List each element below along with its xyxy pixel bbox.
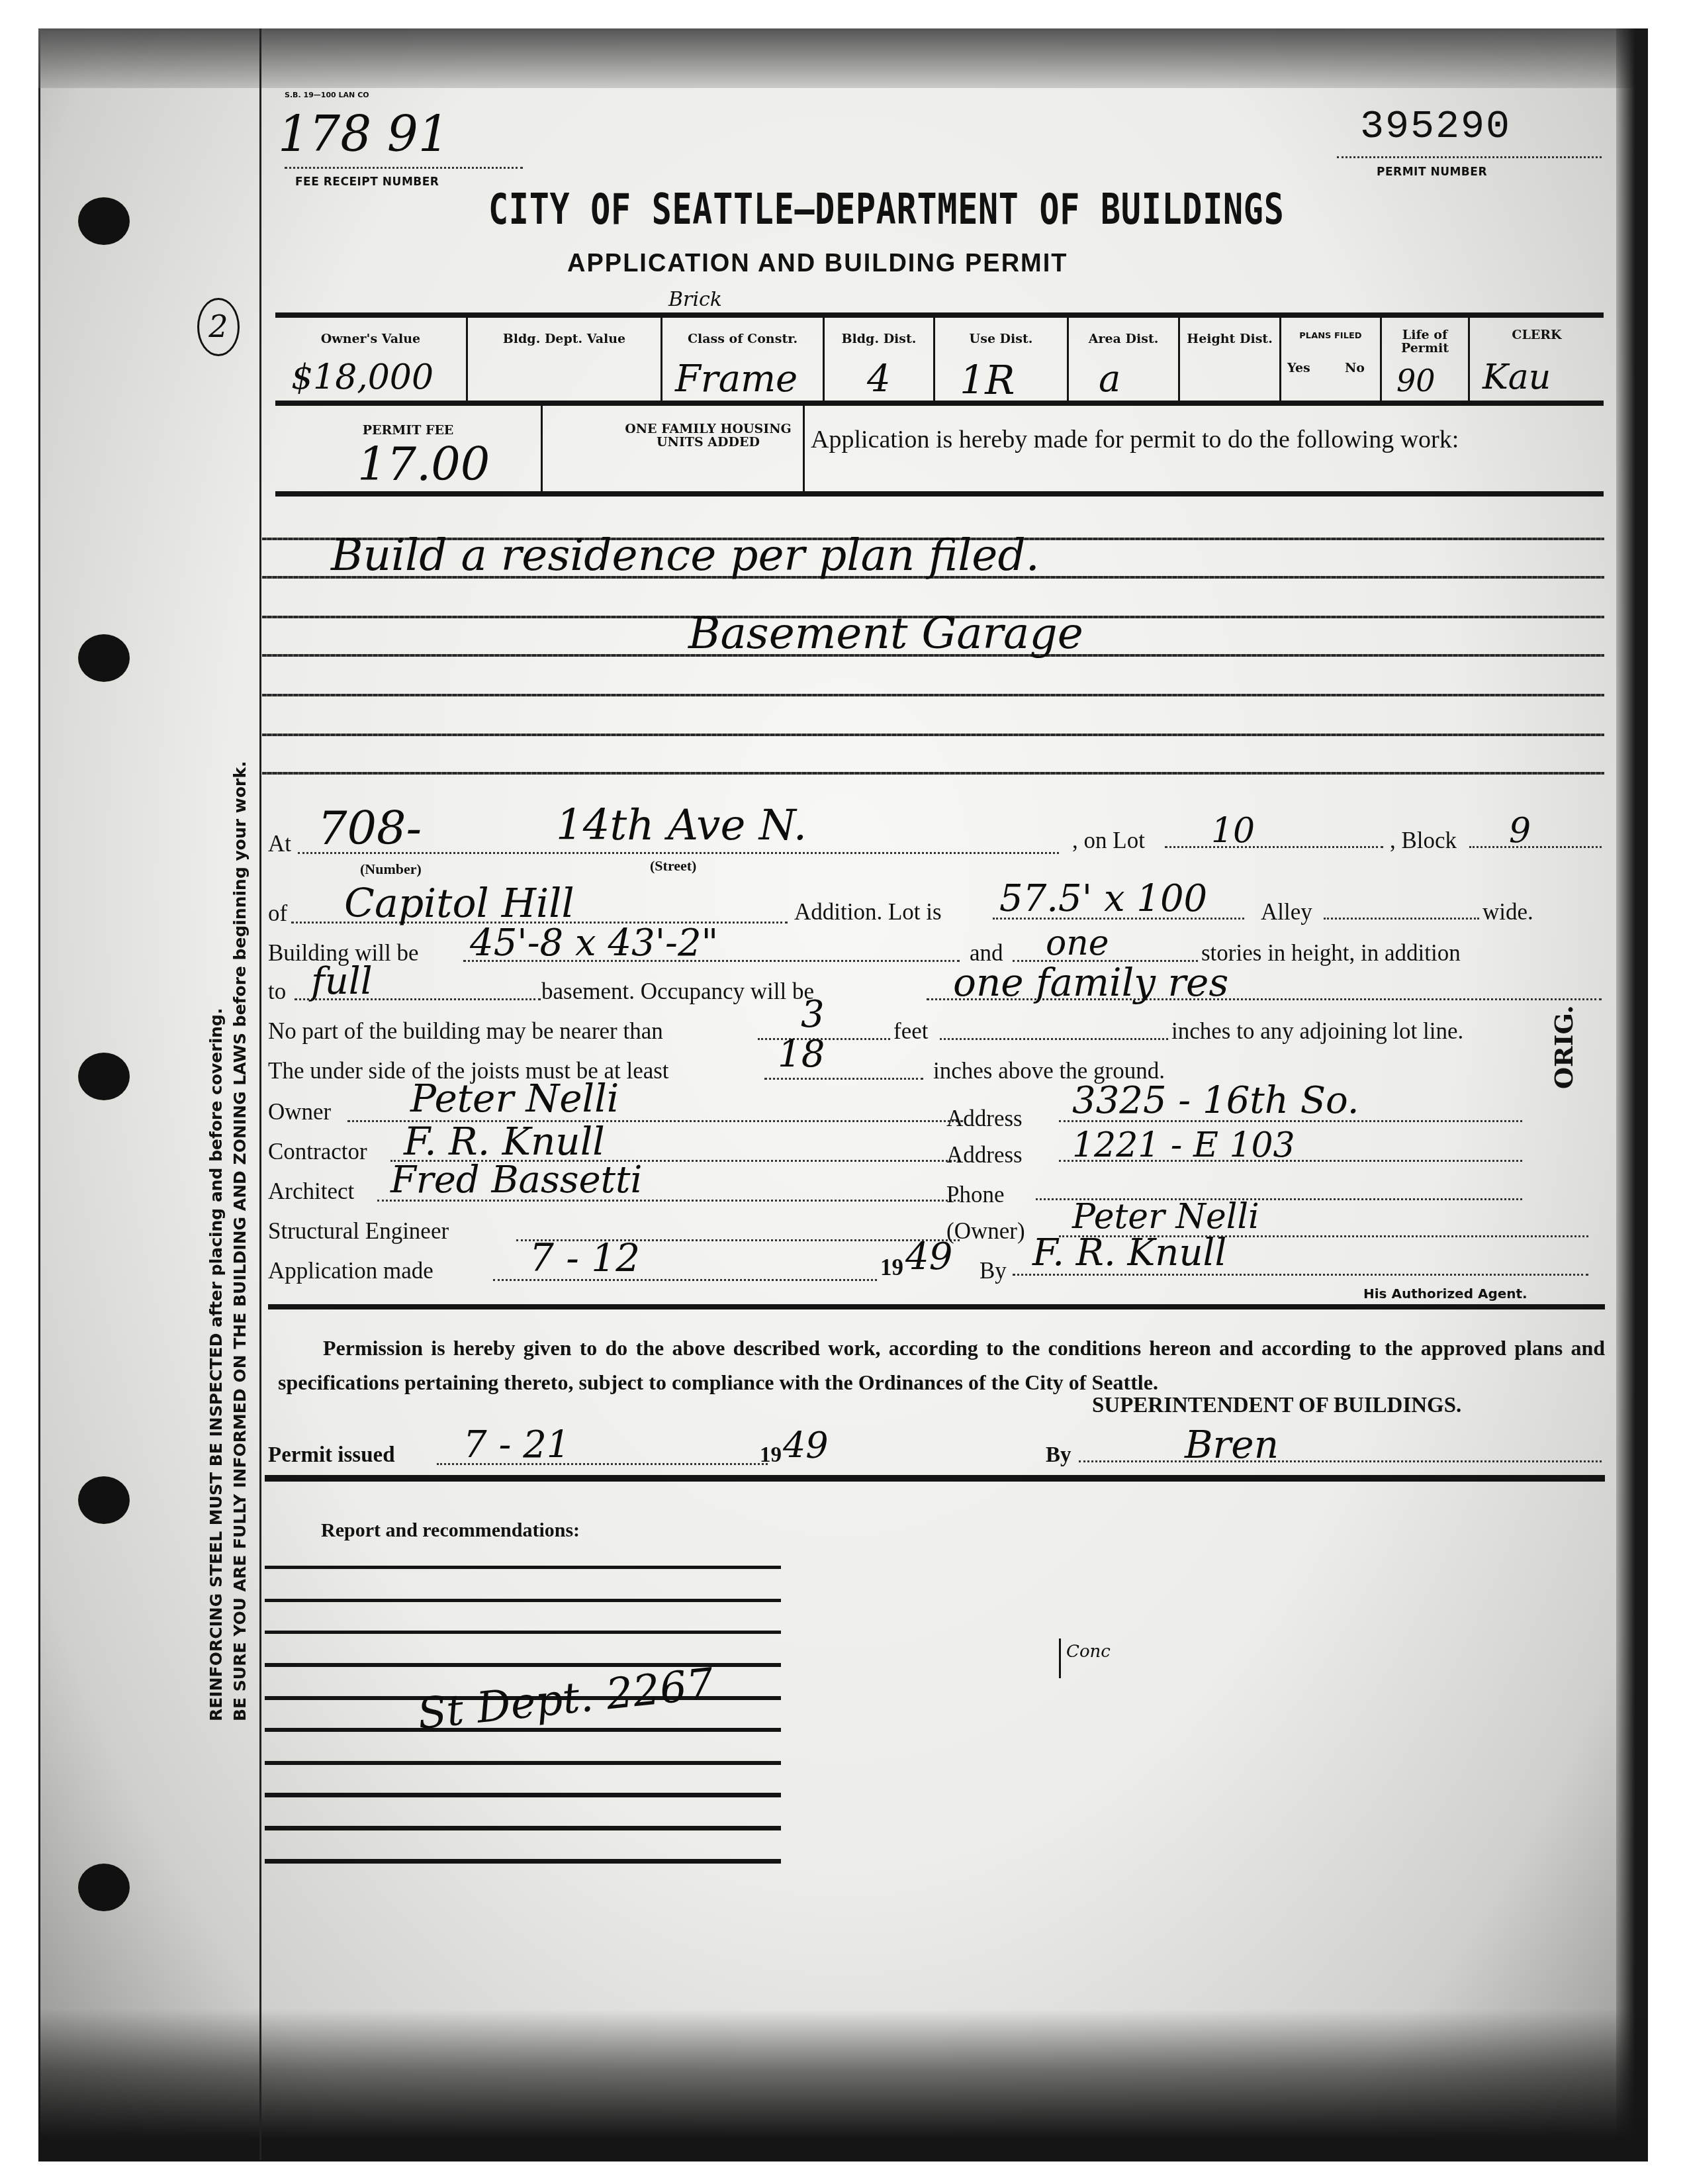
report-line (265, 1566, 781, 1569)
col-bldg-dept-value-label: Bldg. Dept. Value (468, 332, 661, 346)
col-area-dist-label: Area Dist. (1069, 332, 1178, 346)
lot-line (1165, 846, 1383, 848)
report-line (265, 1599, 781, 1602)
lot-size: 57.5' x 100 (999, 877, 1207, 920)
col-life-of-permit-label: Life of Permit (1382, 328, 1468, 355)
page-subtitle: APPLICATION AND BUILDING PERMIT (567, 250, 1068, 278)
block-line (1469, 846, 1602, 848)
orig-label: ORIG. (1549, 1005, 1578, 1089)
architect-label: Architect (268, 1178, 354, 1205)
block-number: 9 (1509, 811, 1531, 851)
punch-hole-icon (78, 197, 130, 245)
owner-address-label: Address (946, 1106, 1023, 1132)
engineer-label: Structural Engineer (268, 1218, 449, 1245)
contractor-label: Contractor (268, 1139, 367, 1165)
agent-caption: His Authorized Agent. (1363, 1286, 1527, 1302)
application-year: 49 (905, 1235, 952, 1278)
fee-receipt-number: 178 91 (278, 106, 449, 163)
setback-label: No part of the building may be nearer th… (268, 1018, 663, 1045)
contractor-name: F. R. Knull (404, 1119, 605, 1164)
side-mark: Conc (1059, 1638, 1111, 1678)
use-dist: 1R (960, 357, 1015, 404)
application-date: 7 - 12 (529, 1235, 640, 1280)
to-label: to (268, 978, 286, 1005)
contractor-address-label: Address (946, 1142, 1023, 1168)
col-use-dist-label: Use Dist. (935, 332, 1067, 346)
superintendent-signature: Bren (1185, 1422, 1279, 1467)
stories: one (1046, 924, 1109, 963)
col-clerk-label: CLERK (1470, 328, 1604, 342)
col-plans-filed-label: PLANS FILED (1281, 331, 1380, 341)
punch-hole-icon (78, 1476, 130, 1524)
application-made-label: Application made (268, 1258, 433, 1284)
occupancy: one family res (953, 960, 1228, 1005)
section-rule (265, 1475, 1605, 1482)
permit-number-line (1337, 156, 1602, 158)
col-class-of-constr-label: Class of Constr. (662, 332, 823, 346)
owners-value: $18,000 (291, 357, 433, 397)
page-title: CITY OF SEATTLE—DEPARTMENT OF BUILDINGS (488, 185, 1285, 234)
block-label: , Block (1390, 828, 1457, 854)
owner-label: Owner (268, 1099, 331, 1125)
life-of-permit: 90 (1396, 363, 1436, 399)
punch-hole-icon (78, 1864, 130, 1911)
basement-label: basement. Occupancy will be (541, 978, 814, 1005)
ruled-line (262, 734, 1604, 736)
addition-label: Addition. Lot is (794, 899, 942, 926)
punch-hole-icon (78, 1053, 130, 1100)
application-statement: Application is hereby made for permit to… (811, 425, 1459, 454)
inches-label: inches to any adjoining lot line. (1171, 1018, 1463, 1045)
wide-label: wide. (1482, 899, 1533, 926)
permit-fee-label: PERMIT FEE (275, 424, 541, 437)
building-dimensions: 45'-8 x 43'-2" (470, 922, 718, 965)
setback-feet: 3 (801, 993, 825, 1036)
fee-receipt-line (285, 167, 523, 169)
of-label: of (268, 900, 287, 927)
class-of-constr: Frame (675, 357, 798, 401)
fee-receipt-label: FEE RECEIPT NUMBER (295, 175, 439, 189)
table-top-rule (275, 312, 1604, 318)
number-caption: (Number) (360, 861, 422, 878)
plans-filed-yes: Yes (1287, 361, 1310, 375)
issued-year-prefix: 19 (760, 1443, 782, 1468)
work-description-line-2: Basement Garage (688, 608, 1083, 659)
report-line (265, 1793, 781, 1797)
stories-label: stories in height, in addition (1201, 940, 1461, 967)
margin-rule (259, 28, 261, 2160)
bldg-dist: 4 (867, 357, 891, 401)
ruled-line (262, 772, 1604, 775)
permit-fee: 17.00 (357, 437, 490, 491)
clerk: Kau (1482, 357, 1551, 397)
setback-inches-line (940, 1038, 1168, 1040)
area-dist: a (1099, 357, 1120, 401)
owner-address: 3325 - 16th So. (1072, 1079, 1359, 1122)
permit-number: 395290 (1360, 105, 1511, 150)
col-owners-value-label: Owner's Value (275, 332, 466, 346)
alley-line (1324, 918, 1479, 920)
at-label: At (268, 831, 291, 857)
form-code: S.B. 19—100 LAN CO (285, 91, 369, 99)
addition-name: Capitol Hill (344, 880, 574, 927)
scan-shadow-top (38, 28, 1648, 88)
col-bldg-dist-label: Bldg. Dist. (825, 332, 933, 346)
work-description-line-1: Build a residence per plan filed. (331, 530, 1040, 581)
architect-name: Fred Bassetti (390, 1159, 643, 1202)
basement-type: full (311, 960, 373, 1003)
street-name: 14th Ave N. (556, 801, 807, 850)
report-line (265, 1631, 781, 1634)
permit-issued-year: 49 (783, 1425, 829, 1466)
owner-signature-label: (Owner) (946, 1218, 1025, 1245)
table-mid-rule (275, 401, 1604, 406)
report-line (265, 1826, 781, 1830)
table-bottom-rule (275, 491, 1604, 497)
agent-signature: F. R. Knull (1032, 1231, 1226, 1274)
scan-shadow-right (1616, 28, 1648, 2161)
permit-issued-label: Permit issued (268, 1443, 395, 1468)
by-label: By (980, 1258, 1007, 1284)
punch-hole-icon (78, 634, 130, 682)
phone-label: Phone (946, 1182, 1005, 1208)
contractor-address: 1221 - E 103 (1072, 1125, 1295, 1165)
superintendent-label: SUPERINTENDENT OF BUILDINGS. (1092, 1394, 1461, 1418)
section-rule (268, 1304, 1605, 1309)
margin-warning-zoning: BE SURE YOU ARE FULLY INFORMED ON THE BU… (230, 761, 250, 1721)
street-number: 708- (318, 801, 422, 855)
report-line (265, 1761, 781, 1765)
alley-label: Alley (1261, 899, 1312, 926)
report-line (265, 1859, 781, 1864)
report-label: Report and recommendations: (321, 1519, 580, 1542)
permission-text: Permission is hereby given to do the abo… (278, 1331, 1605, 1400)
feet-label: feet (893, 1018, 928, 1045)
ruled-line (262, 694, 1604, 696)
street-caption: (Street) (650, 857, 696, 875)
owner-name: Peter Nelli (410, 1076, 619, 1121)
circled-mark: 2 (197, 298, 240, 356)
margin-note: Brick (668, 288, 722, 311)
col-height-dist-label: Height Dist. (1180, 332, 1279, 346)
joist-line (764, 1078, 923, 1080)
permit-number-label: PERMIT NUMBER (1377, 166, 1487, 179)
margin-warning-reinforcing: REINFORCING STEEL MUST BE INSPECTED afte… (206, 1008, 226, 1721)
housing-units-label: ONE FAMILY HOUSING UNITS ADDED (616, 422, 801, 449)
on-lot-label: , on Lot (1072, 828, 1145, 854)
permission-by-label: By (1046, 1443, 1071, 1468)
plans-filed-no: No (1345, 361, 1365, 375)
superintendent-signature-line (1079, 1460, 1602, 1462)
joist-inches: 18 (778, 1033, 825, 1076)
application-year-prefix: 19 (880, 1255, 903, 1281)
owner-signature: Peter Nelli (1072, 1197, 1259, 1237)
permit-issued-date: 7 - 21 (463, 1423, 570, 1466)
lot-number: 10 (1211, 811, 1255, 851)
